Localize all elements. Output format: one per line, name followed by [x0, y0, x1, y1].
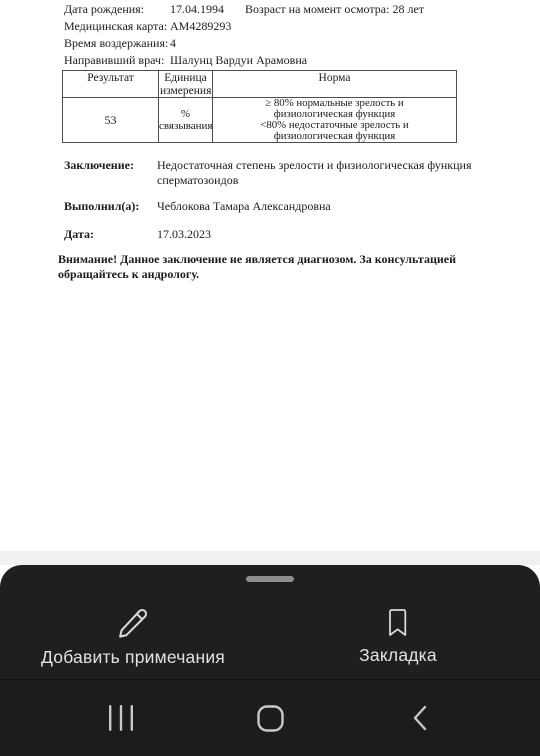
document-page[interactable]: Дата рождения: 17.04.1994 Возраст на мом…: [0, 0, 540, 551]
conclusion-text: Недостаточная степень зрелости и физиоло…: [157, 158, 471, 173]
page-gap: [0, 551, 540, 565]
conclusion-text: сперматозоидов: [157, 173, 238, 188]
field-value-medcard: AM4289293: [170, 19, 231, 34]
table-header-row: Результат Единица измерения Норма: [63, 71, 457, 98]
unit-cell: % связывания: [159, 98, 213, 143]
warning-text: обращайтесь к андрологу.: [58, 267, 199, 282]
bookmark-icon: [386, 607, 411, 638]
drag-handle[interactable]: [246, 576, 294, 582]
field-label-medcard: Медицинская карта:: [64, 19, 167, 34]
screen: Дата рождения: 17.04.1994 Возраст на мом…: [0, 0, 540, 756]
bottom-sheet: Добавить примечания Закладка: [0, 565, 540, 679]
col-header-result: Результат: [63, 71, 159, 98]
age-value: 28 лет: [392, 2, 424, 16]
age-label: Возраст на момент осмотра:: [245, 2, 389, 16]
col-header-norm: Норма: [213, 71, 457, 98]
field-label-referring-doctor: Направивший врач:: [64, 53, 164, 68]
conclusion-label: Заключение:: [64, 158, 134, 173]
results-table: Результат Единица измерения Норма 53 % с…: [62, 70, 457, 143]
performed-by-label: Выполнил(а):: [64, 199, 139, 214]
nav-back-button[interactable]: [391, 690, 447, 746]
result-value: 53: [63, 98, 159, 143]
norm-line: физиологическая функция: [213, 131, 456, 142]
warning-text: Внимание! Данное заключение не является …: [58, 252, 456, 267]
norm-cell: ≥ 80% нормальные зрелость и физиологичес…: [213, 98, 457, 143]
performed-by-value: Чеблокова Тамара Александровна: [157, 199, 331, 214]
field-age: Возраст на момент осмотра: 28 лет: [245, 2, 424, 17]
home-icon: [256, 704, 285, 733]
bookmark-label: Закладка: [359, 645, 437, 666]
table-row: 53 % связывания ≥ 80% нормальные зрелост…: [63, 98, 457, 143]
nav-recents-button[interactable]: [93, 690, 149, 746]
date-value: 17.03.2023: [157, 227, 211, 242]
back-icon: [411, 704, 428, 732]
field-value-abstinence: 4: [170, 36, 176, 51]
field-value-birthdate: 17.04.1994: [170, 2, 224, 17]
recents-icon: [108, 704, 134, 732]
add-annotation-label: Добавить примечания: [41, 647, 225, 668]
add-annotation-button[interactable]: Добавить примечания: [41, 607, 225, 668]
bookmark-button[interactable]: Закладка: [359, 607, 437, 666]
field-label-birthdate: Дата рождения:: [64, 2, 144, 17]
pencil-icon: [117, 607, 150, 640]
unit-line: связывания: [159, 120, 212, 133]
col-header-unit: Единица измерения: [159, 71, 213, 98]
android-navbar: [0, 679, 540, 756]
unit-line: %: [159, 108, 212, 121]
field-label-abstinence: Время воздержания:: [64, 36, 168, 51]
date-label: Дата:: [64, 227, 94, 242]
nav-home-button[interactable]: [242, 690, 298, 746]
field-value-referring-doctor: Шалунц Вардуи Арамовна: [170, 53, 307, 68]
